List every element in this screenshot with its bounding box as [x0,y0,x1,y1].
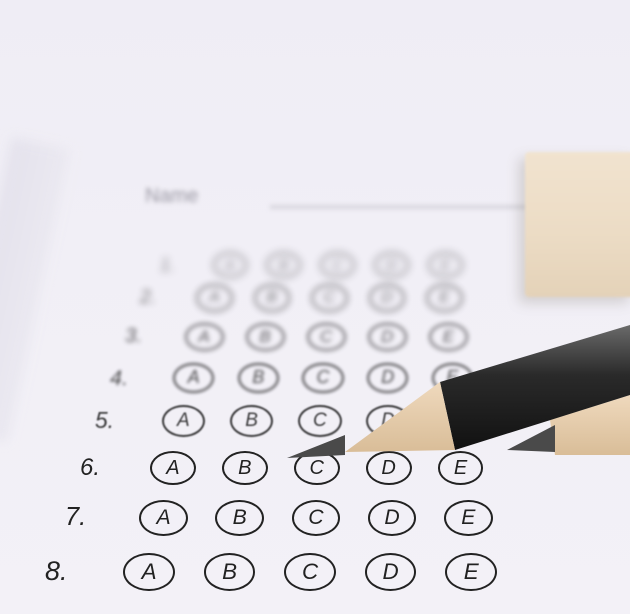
pencils [0,0,630,614]
answer-sheet: Name 1.ABCDE2.ABCDE3.ABCDE4.ABCDE5.ABCDE… [0,0,630,614]
